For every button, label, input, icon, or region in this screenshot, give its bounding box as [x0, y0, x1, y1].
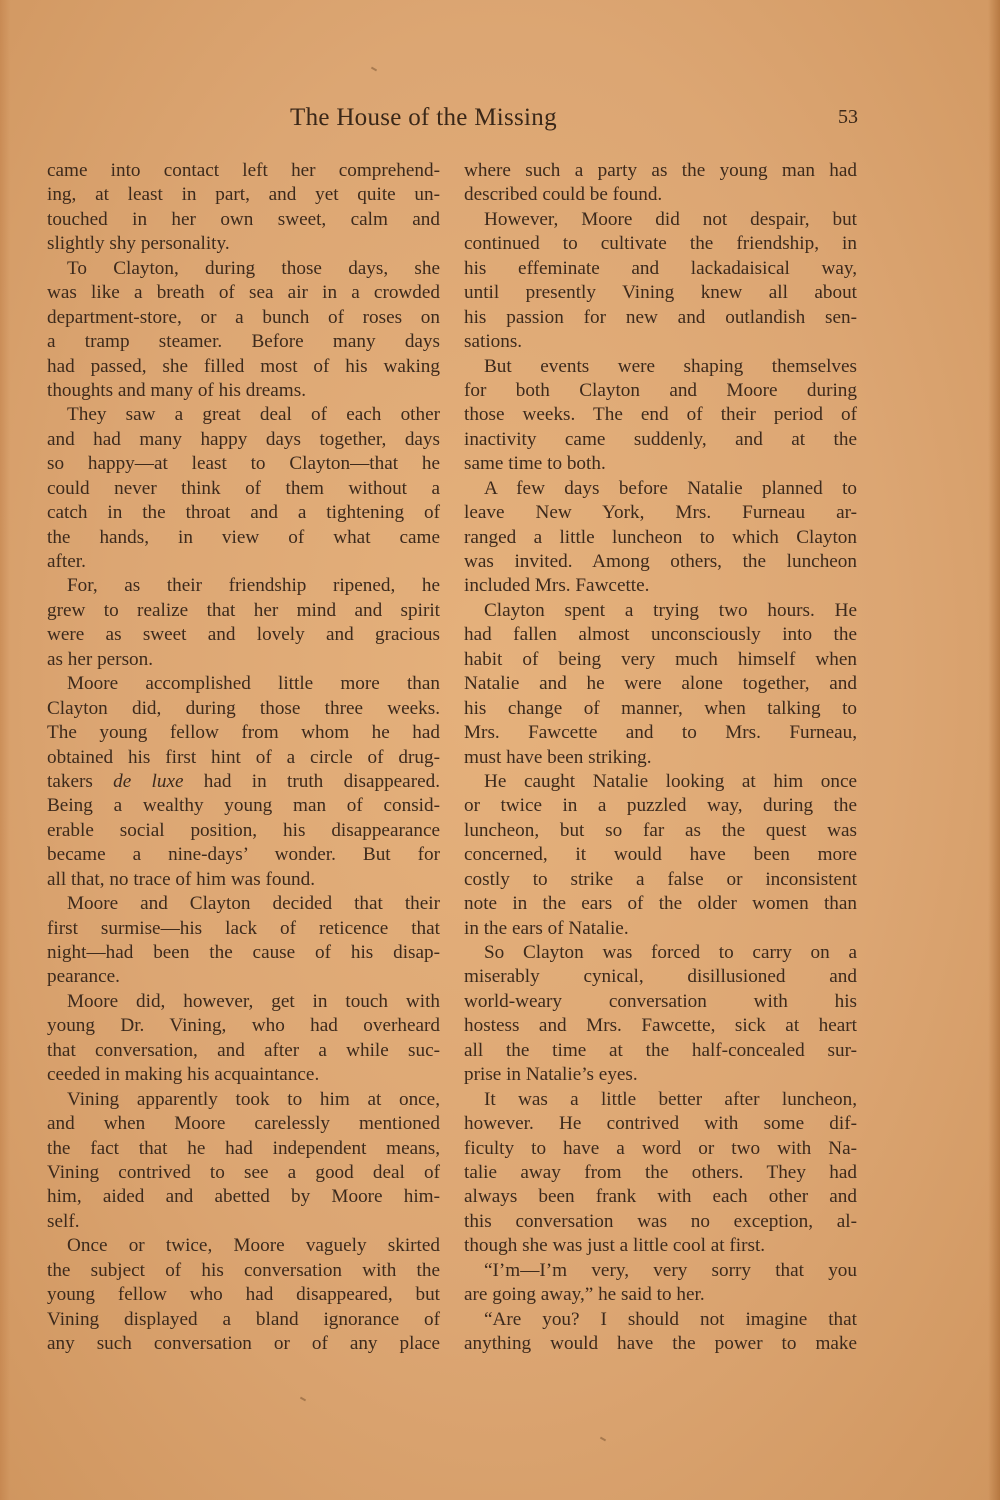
text-line: habit of being very much himself when	[464, 648, 857, 672]
text-line: though she was just a little cool at fir…	[464, 1234, 857, 1258]
text-line: those weeks. The end of their period of	[464, 403, 857, 427]
text-line: anything would have the power to make	[464, 1332, 857, 1356]
text-line: and when Moore carelessly mentioned	[47, 1112, 440, 1136]
text-line: Moore accomplished little more than	[47, 672, 440, 696]
text-line: leave New York, Mrs. Furneau ar-	[464, 501, 857, 525]
text-line: Being a wealthy young man of consid-	[47, 794, 440, 818]
text-line: They saw a great deal of each other	[47, 403, 440, 427]
text-line: his passion for new and outlandish sen-	[464, 306, 857, 330]
text-line: thoughts and many of his dreams.	[47, 379, 440, 403]
text-line: The young fellow from whom he had	[47, 721, 440, 745]
text-line: For, as their friendship ripened, he	[47, 574, 440, 598]
text-line: or twice in a puzzled way, during the	[464, 794, 857, 818]
text-line: So Clayton was forced to carry on a	[464, 941, 857, 965]
text-line: Vining contrived to see a good deal of	[47, 1161, 440, 1185]
page-edge-right	[988, 0, 1000, 1500]
text-line: was like a breath of sea air in a crowde…	[47, 281, 440, 305]
text-line: However, Moore did not despair, but	[464, 208, 857, 232]
text-line: catch in the throat and a tightening of	[47, 501, 440, 525]
text-line: after.	[47, 550, 440, 574]
text-line: was invited. Among others, the luncheon	[464, 550, 857, 574]
text-line: Vining apparently took to him at once,	[47, 1088, 440, 1112]
text-line: world-weary conversation with his	[464, 990, 857, 1014]
text-line: miserably cynical, disillusioned and	[464, 965, 857, 989]
page-number: 53	[838, 106, 858, 129]
text-line: him, aided and abetted by Moore him-	[47, 1185, 440, 1209]
text-line: Clayton did, during those three weeks.	[47, 697, 440, 721]
right-text-column: where such a party as the young man hadd…	[464, 159, 857, 1356]
text-line: his effeminate and lackadaisical way,	[464, 257, 857, 281]
text-line: as her person.	[47, 648, 440, 672]
paper-speck	[371, 67, 377, 72]
text-line: night—had been the cause of his disap-	[47, 941, 440, 965]
text-line: To Clayton, during those days, she	[47, 257, 440, 281]
text-line: could never think of them without a	[47, 477, 440, 501]
text-line: same time to both.	[464, 452, 857, 476]
text-line: It was a little better after luncheon,	[464, 1088, 857, 1112]
text-line: are going away,” he said to her.	[464, 1283, 857, 1307]
text-line: must have been striking.	[464, 746, 857, 770]
text-line: erable social position, his disappearanc…	[47, 819, 440, 843]
text-line: pearance.	[47, 965, 440, 989]
paper-speck	[300, 1397, 306, 1402]
text-line: that conversation, and after a while suc…	[47, 1039, 440, 1063]
text-line: obtained his first hint of a circle of d…	[47, 746, 440, 770]
text-line: always been frank with each other and	[464, 1185, 857, 1209]
text-line: the subject of his conversation with the	[47, 1259, 440, 1283]
text-line: costly to strike a false or inconsistent	[464, 868, 857, 892]
text-line: Clayton spent a trying two hours. He	[464, 599, 857, 623]
text-line: young Dr. Vining, who had overheard	[47, 1014, 440, 1038]
text-line: prise in Natalie’s eyes.	[464, 1063, 857, 1087]
text-line: were as sweet and lovely and gracious	[47, 623, 440, 647]
text-line: his change of manner, when talking to	[464, 697, 857, 721]
text-line: inactivity came suddenly, and at the	[464, 428, 857, 452]
text-line: first surmise—his lack of reticence that	[47, 917, 440, 941]
text-line: ranged a little luncheon to which Clayto…	[464, 526, 857, 550]
text-line: Once or twice, Moore vaguely skirted	[47, 1234, 440, 1258]
left-text-column: came into contact left her comprehend-in…	[47, 159, 440, 1356]
text-line: however. He contrived with some dif-	[464, 1112, 857, 1136]
text-line: all that, no trace of him was found.	[47, 868, 440, 892]
text-line: young fellow who had disappeared, but	[47, 1283, 440, 1307]
text-line: where such a party as the young man had	[464, 159, 857, 183]
paper-speck	[600, 1437, 606, 1442]
text-segment: had in truth disappeared.	[184, 771, 441, 792]
text-line: note in the ears of the older women than	[464, 892, 857, 916]
text-line: Moore and Clayton decided that their	[47, 892, 440, 916]
text-line: ing, at least in part, and yet quite un-	[47, 183, 440, 207]
page-edge-left	[0, 0, 10, 1500]
text-line: But events were shaping themselves	[464, 355, 857, 379]
text-line: talie away from the others. They had	[464, 1161, 857, 1185]
text-line: self.	[47, 1210, 440, 1234]
text-line: for both Clayton and Moore during	[464, 379, 857, 403]
text-line: included Mrs. Fawcette.	[464, 574, 857, 598]
text-line: ceeded in making his acquaintance.	[47, 1063, 440, 1087]
text-line: “I’m—I’m very, very sorry that you	[464, 1259, 857, 1283]
text-line: a tramp steamer. Before many days	[47, 330, 440, 354]
text-line: became a nine-days’ wonder. But for	[47, 843, 440, 867]
running-head: The House of the Missing 53	[0, 104, 1000, 138]
text-line: the hands, in view of what came	[47, 526, 440, 550]
text-line: until presently Vining knew all about	[464, 281, 857, 305]
text-line: Natalie and he were alone together, and	[464, 672, 857, 696]
text-line: this conversation was no exception, al-	[464, 1210, 857, 1234]
text-line: so happy—at least to Clayton—that he	[47, 452, 440, 476]
text-line: department-store, or a bunch of roses on	[47, 306, 440, 330]
text-line: grew to realize that her mind and spirit	[47, 599, 440, 623]
text-line: and had many happy days together, days	[47, 428, 440, 452]
text-line: continued to cultivate the friendship, i…	[464, 232, 857, 256]
text-line: He caught Natalie looking at him once	[464, 770, 857, 794]
text-line: any such conversation or of any place	[47, 1332, 440, 1356]
text-line: slightly shy personality.	[47, 232, 440, 256]
text-segment: takers	[47, 771, 113, 792]
text-line: came into contact left her comprehend-	[47, 159, 440, 183]
text-line: takers de luxe had in truth disappeared.	[47, 770, 440, 794]
text-line: concerned, it would have been more	[464, 843, 857, 867]
text-line: luncheon, but so far as the quest was	[464, 819, 857, 843]
italic-phrase: de luxe	[113, 771, 183, 792]
text-line: ficulty to have a word or two with Na-	[464, 1137, 857, 1161]
text-line: all the time at the half-concealed sur-	[464, 1039, 857, 1063]
text-line: “Are you? I should not imagine that	[464, 1308, 857, 1332]
text-line: Mrs. Fawcette and to Mrs. Furneau,	[464, 721, 857, 745]
text-line: the fact that he had independent means,	[47, 1137, 440, 1161]
text-line: in the ears of Natalie.	[464, 917, 857, 941]
text-line: had passed, she filled most of his wakin…	[47, 355, 440, 379]
text-line: touched in her own sweet, calm and	[47, 208, 440, 232]
text-line: Vining displayed a bland ignorance of	[47, 1308, 440, 1332]
text-line: had fallen almost unconsciously into the	[464, 623, 857, 647]
running-title: The House of the Missing	[290, 104, 557, 132]
text-line: hostess and Mrs. Fawcette, sick at heart	[464, 1014, 857, 1038]
text-line: described could be found.	[464, 183, 857, 207]
text-line: Moore did, however, get in touch with	[47, 990, 440, 1014]
text-line: A few days before Natalie planned to	[464, 477, 857, 501]
text-line: sations.	[464, 330, 857, 354]
